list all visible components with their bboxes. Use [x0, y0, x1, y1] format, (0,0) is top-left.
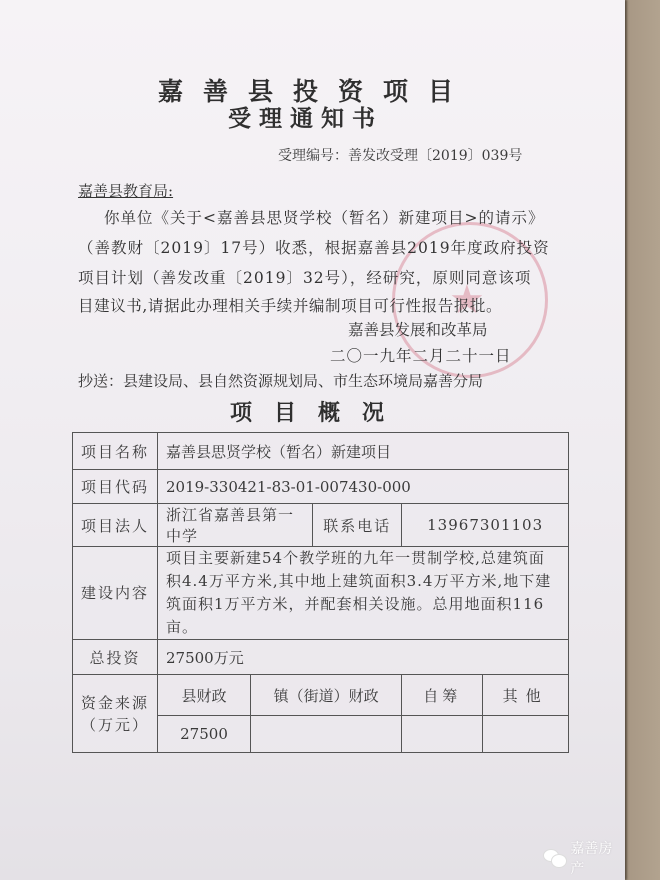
issuer: 嘉善县发展和改革局: [348, 318, 488, 340]
total-investment-label: 总投资: [73, 640, 158, 675]
phone-label: 联系电话: [313, 504, 402, 547]
funding-source-label: 资金来源（万元）: [73, 675, 158, 753]
wechat-icon: [543, 849, 566, 867]
total-investment-value: 27500万元: [158, 640, 569, 675]
funding-header-other: 其他: [483, 675, 569, 716]
project-name-value: 嘉善县思贤学校（暂名）新建项目: [158, 433, 569, 470]
watermark-text: 嘉善房产: [570, 838, 625, 878]
desk-background: [622, 0, 660, 880]
table-row: 项目代码 2019-330421-83-01-007430-000: [73, 470, 569, 504]
project-summary-table: 项目名称 嘉善县思贤学校（暂名）新建项目 项目代码 2019-330421-83…: [72, 432, 569, 753]
construction-content-value: 项目主要新建54个教学班的九年一贯制学校,总建筑面积4.4万平方米,其中地上建筑…: [158, 547, 569, 640]
project-name-label: 项目名称: [73, 433, 158, 470]
reference-number: 受理编号：善发改受理〔2019〕039号: [278, 145, 522, 165]
body-line: 项目计划（善发改重〔2019〕32号），经研究，原则同意该项: [78, 266, 531, 288]
project-code-value: 2019-330421-83-01-007430-000: [158, 470, 569, 504]
overview-heading: 项目概况: [230, 396, 406, 427]
table-row: 建设内容 项目主要新建54个教学班的九年一贯制学校,总建筑面积4.4万平方米,其…: [73, 547, 569, 640]
funding-value-other: [483, 716, 569, 753]
document-subtitle: 受理通知书: [228, 100, 383, 133]
funding-value-self: [402, 716, 483, 753]
issue-date: 二〇一九年二月二十一日: [330, 344, 512, 366]
funding-header-town: 镇（街道）财政: [251, 675, 402, 716]
source-watermark: 嘉善房产: [543, 838, 625, 878]
legal-entity-label: 项目法人: [73, 504, 158, 547]
body-line: 目建议书,请据此办理相关手续并编制项目可行性报告报批。: [78, 294, 502, 316]
cc-recipients: 抄送：县建设局、县自然资源规划局、市生态环境局嘉善分局: [78, 370, 483, 391]
funding-value-county: 27500: [158, 716, 251, 753]
legal-entity-value: 浙江省嘉善县第一中学: [158, 504, 313, 547]
table-row: 资金来源（万元） 县财政 镇（街道）财政 自筹 其他: [73, 675, 569, 716]
construction-content-label: 建设内容: [73, 547, 158, 640]
body-line: （善教财〔2019〕17号）收悉，根据嘉善县2019年度政府投资: [78, 236, 550, 258]
body-line: 你单位《关于<嘉善县思贤学校（暂名）新建项目>的请示》: [104, 206, 544, 228]
funding-header-self: 自筹: [402, 675, 483, 716]
phone-value: 13967301103: [402, 504, 569, 547]
funding-value-town: [251, 716, 402, 753]
table-row: 项目名称 嘉善县思贤学校（暂名）新建项目: [73, 433, 569, 470]
table-row: 项目法人 浙江省嘉善县第一中学 联系电话 13967301103: [73, 504, 569, 547]
addressee: 嘉善县教育局:: [78, 180, 173, 201]
table-row: 总投资 27500万元: [73, 640, 569, 675]
project-code-label: 项目代码: [73, 470, 158, 504]
funding-header-county: 县财政: [158, 675, 251, 716]
document-page: ★ 嘉善县投资项目 受理通知书 受理编号：善发改受理〔2019〕039号 嘉善县…: [0, 0, 625, 880]
